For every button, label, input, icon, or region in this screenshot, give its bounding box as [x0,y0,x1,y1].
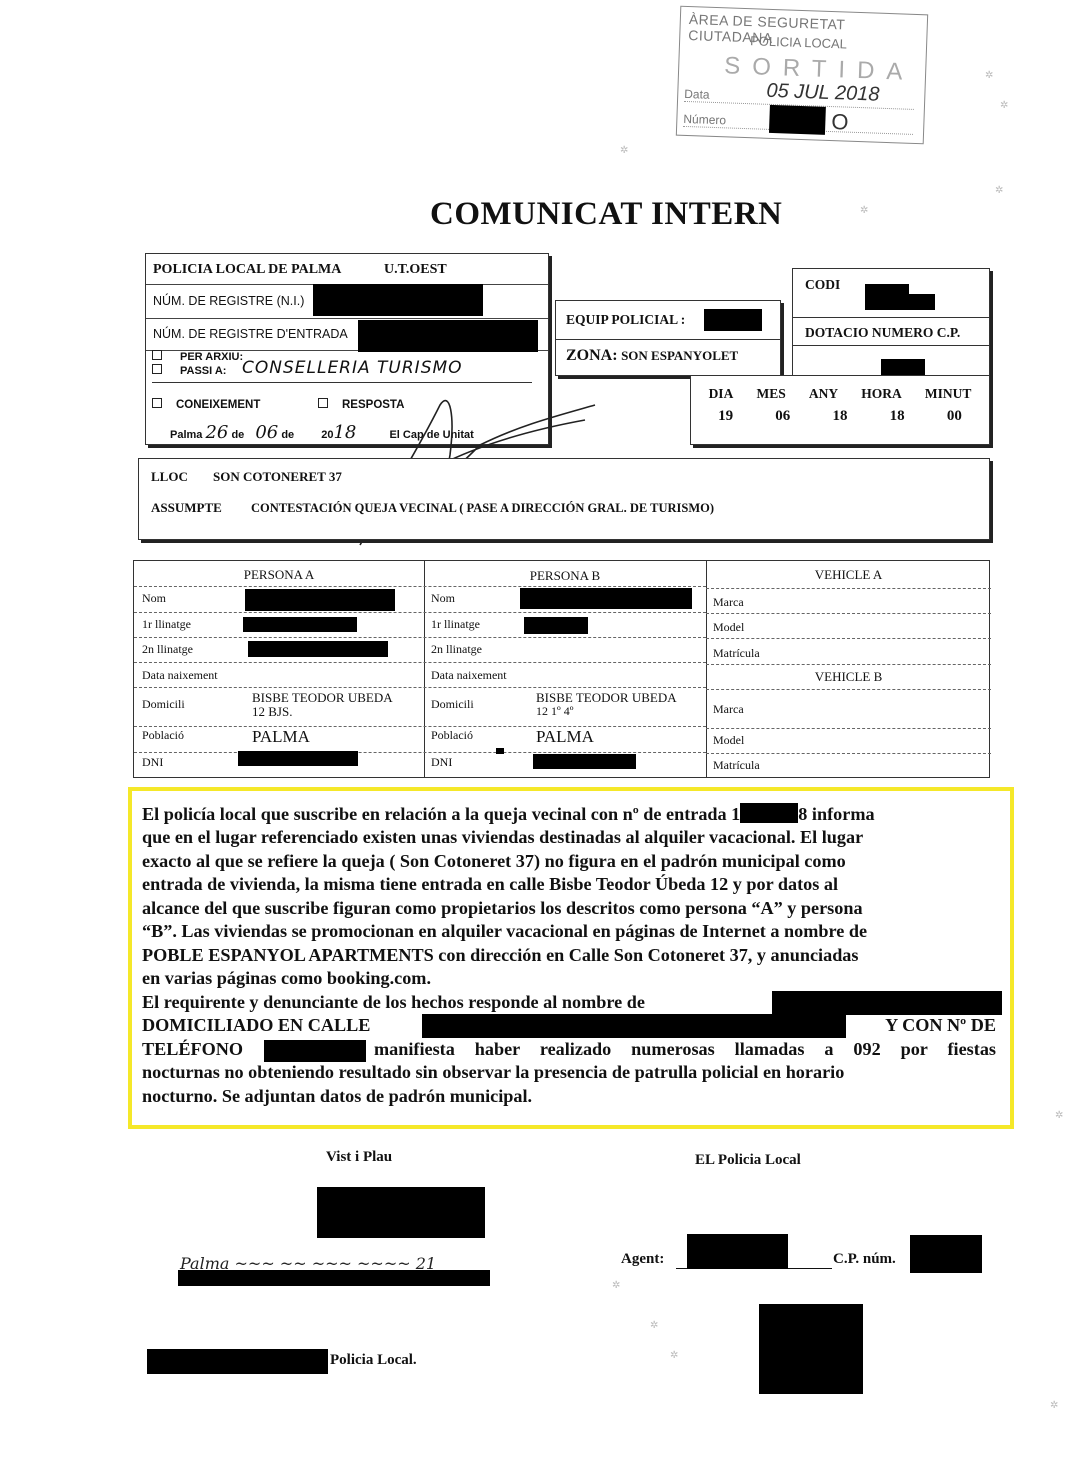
minut-value: 00 [947,408,962,425]
minut-label: MINUT [925,386,972,402]
redaction [248,641,388,657]
dotacio-label: DOTACIO NUMERO C.P. [805,325,960,341]
document-title: COMUNICAT INTERN [430,196,782,233]
pa-domicili-line2: 12 BJS. [252,705,292,718]
report-line: que en el lugar referenciado existen una… [142,826,996,849]
pb-poblacio-value: PALMA [536,728,594,745]
assumpte-label: ASSUMPTE [151,500,222,516]
pa-domicili-line1: BISBE TEODOR UBEDA [252,691,393,704]
report-highlight-box: El policía local que suscribe en relació… [128,787,1014,1129]
vehicle-a-header: VEHICLE A [706,567,991,583]
codi-label: CODI [805,277,840,293]
vist-i-plau-label: Vist i Plau [326,1149,392,1166]
report-line: en varias páginas como booking.com. [142,967,996,990]
report-text: 8 informa [798,804,874,824]
lloc-box: LLOC SON COTONERET 37 ASSUMPTE CONTESTAC… [138,458,990,540]
equip-row: EQUIP POLICIAL : [556,301,780,340]
dotacio-row: DOTACIO NUMERO C.P. [793,317,989,346]
passi-a-label: PASSI A: [180,365,226,377]
policia-local-left-label: Policia Local. [330,1352,417,1369]
pa-llinatge1-label: 1r llinatge [142,617,191,632]
pb-poblacio-label: Població [431,728,473,743]
mes-label: MES [756,386,785,402]
redaction [245,589,395,611]
persons-vehicles-table: PERSONA A PERSONA B VEHICLE A Nom 1r lli… [133,560,990,778]
stamp-date-value: 05 JUL 2018 [766,80,880,107]
passi-a-row: PASSI A: CONSELLERIA TURISMO [152,364,532,383]
hora-label: HORA [861,386,902,402]
zona-label: ZONA: [566,347,618,364]
report-text: TELÉFONO [142,1039,243,1059]
dia-value: 19 [718,408,733,425]
zona-value: SON ESPANYOLET [621,348,738,363]
report-line: POBLE ESPANYOL APARTMENTS con dirección … [142,944,996,967]
equip-box: EQUIP POLICIAL : ZONA: SON ESPANYOLET [555,300,781,376]
redaction [524,617,588,634]
coneixement-label: CONEIXEMENT [176,399,260,411]
lloc-value: SON COTONERET 37 [213,469,342,485]
pa-dni-label: DNI [142,755,163,770]
report-line: alcance del que suscribe figuran como pr… [142,897,996,920]
pb-dni-label: DNI [431,755,452,770]
cp-num-label: C.P. núm. [833,1251,896,1268]
reg-entrada-row: NÚM. DE REGISTRE D'ENTRADA [146,318,548,351]
redaction [317,1187,485,1238]
report-line: exacto al que se refiere la queja ( Son … [142,850,996,873]
redaction [496,748,504,754]
stamp-number-label: Número [683,112,726,127]
redaction [905,294,935,310]
mes-value: 06 [775,408,790,425]
any-value: 18 [832,408,847,425]
report-line: entrada de vivienda, la misma tiene entr… [142,873,996,896]
persona-a-header: PERSONA A [134,567,424,583]
handwritten-signature-line: Palma ~~~ ~~ ~~~ ~~~~ 21 [180,1254,436,1273]
pa-poblacio-label: Població [142,728,184,743]
redaction [533,754,636,769]
report-text: El policía local que suscribe en relació… [142,804,740,824]
pb-llinatge1-label: 1r llinatge [431,617,480,632]
report-line: “B”. Las viviendas se promocionan en alq… [142,920,996,943]
date-month-handwritten: 06 [255,422,278,443]
col-divider [424,561,425,777]
vehicle-b-header: VEHICLE B [706,669,991,685]
va-marca-label: Marca [713,595,744,610]
pb-llinatge2-label: 2n llinatge [431,642,482,657]
persona-b-header: PERSONA B [424,568,706,584]
coneixement-checkbox[interactable] [152,398,162,408]
el-policia-local-label: EL Policia Local [695,1152,801,1169]
redaction [520,588,692,609]
redaction [759,1304,863,1394]
pb-nom-label: Nom [431,591,455,606]
redaction [243,617,357,632]
report-line: DOMICILIADO EN CALLE Y CON Nº DE [142,1014,996,1037]
vb-marca-label: Marca [713,702,744,717]
any-label: ANY [809,386,838,402]
stamp-police: POLICIA LOCAL [750,33,847,51]
de-label: de [281,429,294,441]
redaction [238,751,358,766]
de-label: de [231,429,244,441]
assumpte-value: CONTESTACIÓN QUEJA VECINAL ( PASE A DIRE… [251,501,714,516]
pa-nom-label: Nom [142,591,166,606]
datetime-values: 19 06 18 18 00 [691,408,989,425]
datetime-box: DIA MES ANY HORA MINUT 19 06 18 18 00 [690,375,990,445]
pa-domicili-label: Domicili [142,697,185,712]
reg-ni-row: NÚM. DE REGISTRE (N.I.) [146,284,548,319]
report-text: manifiesta haber realizado numerosas lla… [374,1038,996,1061]
reg-ni-label: NÚM. DE REGISTRE (N.I.) [153,294,304,308]
report-text: Y CON Nº DE [885,1014,996,1037]
agent-label: Agent: [621,1251,664,1268]
redaction [358,320,538,352]
pb-naixement-label: Data naixement [431,668,507,683]
pa-naixement-label: Data naixement [142,668,218,683]
redaction [881,359,925,375]
report-line: El policía local que suscribe en relació… [142,803,996,826]
redaction [865,284,909,310]
stamp-number-suffix: O [831,109,849,136]
stamp-date-label: Data [684,87,710,102]
stamp-number-row: Número O [683,112,913,135]
vb-matricula-label: Matrícula [713,758,760,773]
hora-value: 18 [890,408,905,425]
per-arxiu-label: PER ARXIU: [180,351,243,363]
redaction [313,284,483,316]
unit-zone: U.T.OEST [384,262,447,278]
passi-a-checkbox[interactable] [152,364,162,374]
redaction [740,803,798,823]
redaction [264,1040,366,1062]
per-arxiu-checkbox[interactable] [152,350,162,360]
passi-a-handwritten: CONSELLERIA TURISMO [242,358,463,378]
va-model-label: Model [713,620,744,635]
redaction [772,991,1002,1015]
pa-llinatge2-label: 2n llinatge [142,642,193,657]
redaction [704,309,762,331]
report-text: El requirente y denunciante de los hecho… [142,992,645,1012]
pb-domicili-line2: 12 1º 4º [536,705,573,718]
exit-stamp: ÀREA DE SEGURETAT CIUTADANA POLICIA LOCA… [676,6,928,145]
report-line: nocturno. Se adjuntan datos de padrón mu… [142,1085,996,1108]
report-line: El requirente y denunciante de los hecho… [142,991,996,1014]
coneixement-row: CONEIXEMENT [152,398,260,411]
unit-row: POLICIA LOCAL DE PALMA U.T.OEST [146,254,548,285]
redaction [147,1349,328,1374]
report-text: DOMICILIADO EN CALLE [142,1015,370,1035]
dia-label: DIA [709,386,734,402]
va-matricula-label: Matrícula [713,646,760,661]
redaction [422,1014,846,1038]
codi-row: CODI [793,269,989,318]
redaction [769,105,826,135]
datetime-labels: DIA MES ANY HORA MINUT [691,386,989,402]
unit-name: POLICIA LOCAL DE PALMA [153,262,341,278]
lloc-label: LLOC [151,469,188,485]
report-line: nocturnas no obteniendo resultado sin ob… [142,1061,996,1084]
zona-row: ZONA: SON ESPANYOLET [566,347,738,365]
per-arxiu-row: PER ARXIU: [152,350,243,363]
redaction [910,1235,982,1273]
reg-entrada-label: NÚM. DE REGISTRE D'ENTRADA [153,327,348,341]
date-day-handwritten: 26 [205,422,228,443]
resposta-checkbox[interactable] [318,398,328,408]
redaction [687,1234,788,1269]
equip-label: EQUIP POLICIAL : [566,312,685,328]
pa-poblacio-value: PALMA [252,728,310,745]
pb-domicili-label: Domicili [431,697,474,712]
report-line: TELÉFONO manifiesta haber realizado nume… [142,1038,996,1061]
vb-model-label: Model [713,733,744,748]
palma-label: Palma [170,429,202,441]
pb-domicili-line1: BISBE TEODOR UBEDA [536,691,677,704]
